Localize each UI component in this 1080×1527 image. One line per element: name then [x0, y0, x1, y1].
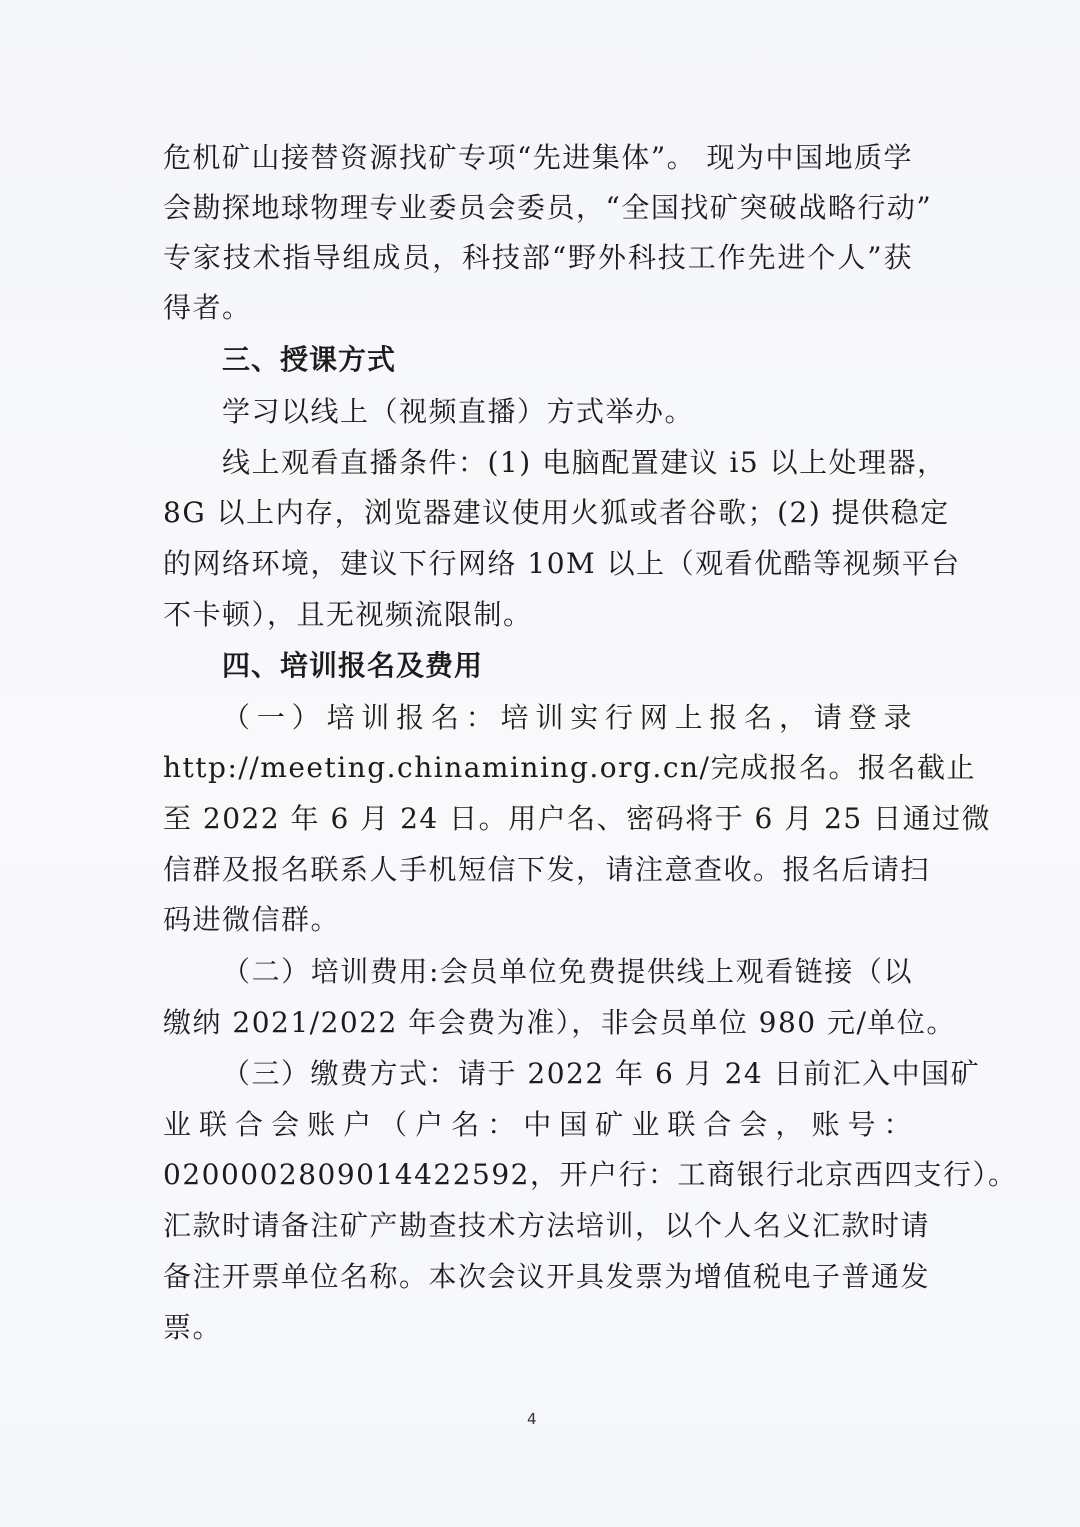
- text-line: （一）培训报名：培训实行网上报名，请登录: [222, 698, 913, 738]
- text-line: 不卡顿），且无视频流限制。: [163, 595, 913, 635]
- text-line: 得者。: [163, 288, 913, 328]
- text-line: （二）培训费用:会员单位免费提供线上观看链接（以: [222, 952, 913, 992]
- section-heading-teaching-method: 三、授课方式: [222, 340, 972, 380]
- text-line: 学习以线上（视频直播）方式举办。: [222, 392, 913, 432]
- text-line: 汇款时请备注矿产勘查技术方法培训，以个人名义汇款时请: [163, 1206, 913, 1246]
- account-number-line: 0200002809014422592，开户行：工商银行北京西四支行）。: [163, 1155, 913, 1195]
- text-line: 会勘探地球物理专业委员会委员，“全国找矿突破战略行动”: [163, 188, 913, 228]
- text-line: 备注开票单位名称。本次会议开具发票为增值税电子普通发: [163, 1257, 913, 1297]
- text-line: 码进微信群。: [163, 900, 913, 940]
- text-line: 8G 以上内存，浏览器建议使用火狐或者谷歌；(2) 提供稳定: [163, 493, 913, 533]
- text-line: 线上观看直播条件：(1) 电脑配置建议 i5 以上处理器，: [222, 443, 913, 483]
- text-line: 业联合会账户（户名：中国矿业联合会，账号：: [163, 1105, 913, 1145]
- page-number: 4: [527, 1410, 537, 1428]
- section-heading-registration-fees: 四、培训报名及费用: [222, 646, 972, 686]
- text-line: 的网络环境，建议下行网络 10M 以上（观看优酷等视频平台: [163, 544, 913, 584]
- text-line: 专家技术指导组成员，科技部“野外科技工作先进个人”获: [163, 238, 913, 278]
- text-line: 信群及报名联系人手机短信下发，请注意查收。报名后请扫: [163, 850, 913, 890]
- text-line: 危机矿山接替资源找矿专项“先进集体”。 现为中国地质学: [163, 138, 913, 178]
- text-line: 至 2022 年 6 月 24 日。用户名、密码将于 6 月 25 日通过微: [163, 799, 913, 839]
- document-page: 危机矿山接替资源找矿专项“先进集体”。 现为中国地质学 会勘探地球物理专业委员会…: [0, 0, 1080, 1527]
- registration-url-line: http://meeting.chinamining.org.cn/完成报名。报…: [163, 748, 913, 788]
- text-line: 票。: [163, 1308, 913, 1348]
- text-line: 缴纳 2021/2022 年会费为准），非会员单位 980 元/单位。: [163, 1003, 913, 1043]
- text-line: （三）缴费方式：请于 2022 年 6 月 24 日前汇入中国矿: [222, 1054, 913, 1094]
